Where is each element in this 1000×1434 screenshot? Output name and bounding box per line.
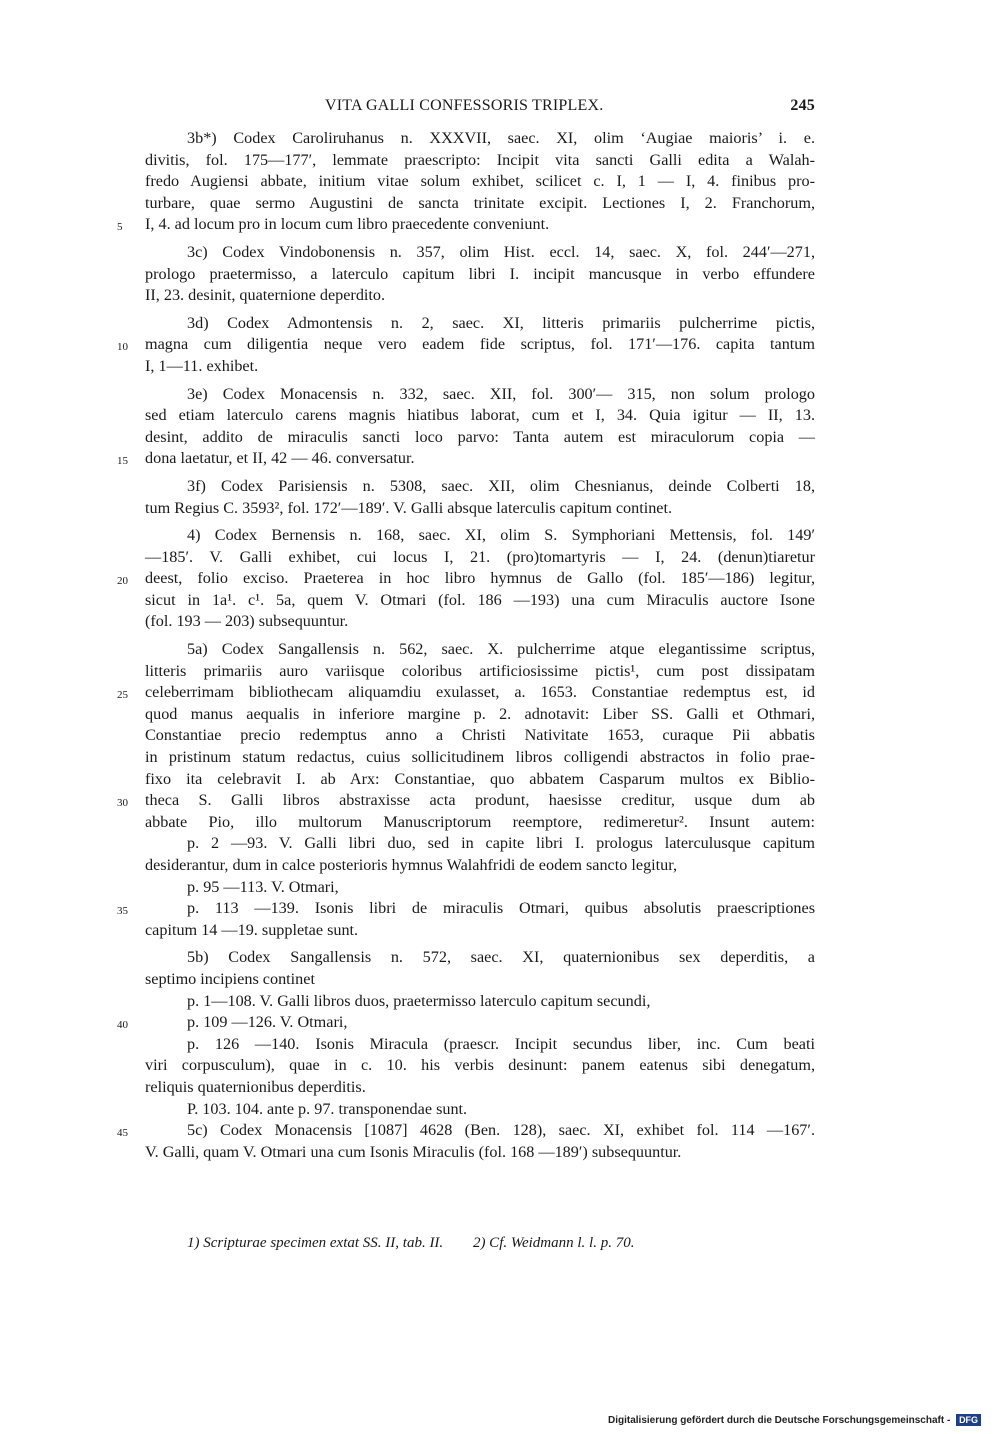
text-line: litteris primariis auro variisque colori…: [145, 661, 815, 683]
line-number: 45: [117, 1123, 128, 1145]
line-text: celeberrimam bibliothecam aliquamdiu exu…: [145, 683, 815, 701]
line-text: 3c) Codex Vindobonensis n. 357, olim His…: [187, 243, 815, 261]
line-text: p. 2 —93. V. Galli libri duo, sed in cap…: [187, 834, 815, 852]
text-line: 10magna cum diligentia neque vero eadem …: [145, 334, 815, 356]
line-number: 15: [117, 451, 128, 473]
line-text: I, 4. ad locum pro in locum cum libro pr…: [145, 215, 549, 233]
line-text: —185′. V. Galli exhibet, cui locus I, 21…: [145, 548, 815, 566]
line-text: p. 95 —113. V. Otmari,: [187, 878, 339, 896]
line-text: I, 1—11. exhibet.: [145, 357, 258, 375]
line-text: septimo incipiens continet: [145, 970, 315, 988]
line-text: quod manus aequalis in inferiore margine…: [145, 705, 815, 723]
text-line: 5a) Codex Sangallensis n. 562, saec. X. …: [145, 639, 815, 661]
text-line: 3c) Codex Vindobonensis n. 357, olim His…: [145, 242, 815, 264]
line-number: 25: [117, 685, 128, 707]
line-text: Constantiae precio redemptus anno a Chri…: [145, 726, 815, 744]
line-text: 3e) Codex Monacensis n. 332, saec. XII, …: [187, 385, 815, 403]
dfg-logo-icon: DFG: [956, 1414, 981, 1426]
line-text: p. 113 —139. Isonis libri de miraculis O…: [187, 899, 815, 917]
text-line: turbare, quae sermo Augustini de sancta …: [145, 193, 815, 215]
line-text: 5c) Codex Monacensis [1087] 4628 (Ben. 1…: [187, 1121, 815, 1139]
text-line: divitis, fol. 175—177′, lemmate praescri…: [145, 150, 815, 172]
text-line: (fol. 193 — 203) subsequuntur.: [145, 611, 815, 633]
line-text: turbare, quae sermo Augustini de sancta …: [145, 194, 815, 212]
line-text: II, 23. desinit, quaternione deperdito.: [145, 286, 385, 304]
text-line: p. 126 —140. Isonis Miracula (praescr. I…: [145, 1034, 815, 1056]
footnote-1: 1) Scripturae specimen extat SS. II, tab…: [187, 1235, 443, 1251]
text-line: 35p. 113 —139. Isonis libri de miraculis…: [145, 898, 815, 920]
text-line: sicut in 1a¹. c¹. 5a, quem V. Otmari (fo…: [145, 590, 815, 612]
text-line: 40p. 109 —126. V. Otmari,: [145, 1012, 815, 1034]
text-line: II, 23. desinit, quaternione deperdito.: [145, 285, 815, 307]
text-line: 455c) Codex Monacensis [1087] 4628 (Ben.…: [145, 1120, 815, 1142]
line-text: desiderantur, dum in calce posterioris h…: [145, 856, 677, 874]
line-text: in pristinum statum redactus, cuius soll…: [145, 748, 815, 766]
line-text: p. 126 —140. Isonis Miracula (praescr. I…: [187, 1035, 815, 1053]
text-line: p. 1—108. V. Galli libros duos, praeterm…: [145, 991, 815, 1013]
page-number: 245: [790, 97, 815, 115]
line-text: dona laetatur, et II, 42 — 46. conversat…: [145, 449, 415, 467]
line-number: 10: [117, 337, 128, 359]
line-number: 5: [117, 217, 123, 239]
text-line: sed etiam laterculo carens magnis hiatib…: [145, 405, 815, 427]
text-line: 30theca S. Galli libros abstraxisse acta…: [145, 790, 815, 812]
line-text: 4) Codex Bernensis n. 168, saec. XI, oli…: [187, 526, 815, 544]
text-line: —185′. V. Galli exhibet, cui locus I, 21…: [145, 547, 815, 569]
line-text: fredo Augiensi abbate, initium vitae sol…: [145, 172, 815, 190]
text-line: desint, addito de miraculis sancti loco …: [145, 427, 815, 449]
text-line: abbate Pio, illo multorum Manuscriptorum…: [145, 812, 815, 834]
line-number: 35: [117, 901, 128, 923]
text-line: P. 103. 104. ante p. 97. transponendae s…: [145, 1099, 815, 1121]
text-line: V. Galli, quam V. Otmari una cum Isonis …: [145, 1142, 815, 1164]
text-line: in pristinum statum redactus, cuius soll…: [145, 747, 815, 769]
text-line: p. 2 —93. V. Galli libri duo, sed in cap…: [145, 833, 815, 855]
body-text: 3b*) Codex Caroliruhanus n. XXXVII, saec…: [145, 128, 815, 1163]
text-line: 3b*) Codex Caroliruhanus n. XXXVII, saec…: [145, 128, 815, 150]
digitization-credit: Digitalisierung gefördert durch die Deut…: [608, 1414, 981, 1426]
text-line: prologo praetermisso, a laterculo capitu…: [145, 264, 815, 286]
line-text: sed etiam laterculo carens magnis hiatib…: [145, 406, 815, 424]
line-text: 3d) Codex Admontensis n. 2, saec. XI, li…: [187, 314, 815, 332]
line-text: capitum 14 —19. suppletae sunt.: [145, 921, 358, 939]
line-text: deest, folio exciso. Praeterea in hoc li…: [145, 569, 815, 587]
text-line: quod manus aequalis in inferiore margine…: [145, 704, 815, 726]
line-text: 5a) Codex Sangallensis n. 562, saec. X. …: [187, 640, 815, 658]
text-line: 3e) Codex Monacensis n. 332, saec. XII, …: [145, 384, 815, 406]
text-line: 4) Codex Bernensis n. 168, saec. XI, oli…: [145, 525, 815, 547]
line-text: theca S. Galli libros abstraxisse acta p…: [145, 791, 815, 809]
text-line: 20deest, folio exciso. Praeterea in hoc …: [145, 568, 815, 590]
line-text: sicut in 1a¹. c¹. 5a, quem V. Otmari (fo…: [145, 591, 815, 609]
line-text: 3b*) Codex Caroliruhanus n. XXXVII, saec…: [187, 129, 815, 147]
line-text: magna cum diligentia neque vero eadem fi…: [145, 335, 815, 353]
text-line: 3f) Codex Parisiensis n. 5308, saec. XII…: [145, 476, 815, 498]
text-line: tum Regius C. 3593², fol. 172′—189′. V. …: [145, 498, 815, 520]
footnotes: 1) Scripturae specimen extat SS. II, tab…: [187, 1235, 660, 1252]
text-line: 3d) Codex Admontensis n. 2, saec. XI, li…: [145, 313, 815, 335]
line-text: fixo ita celebravit I. ab Arx: Constanti…: [145, 770, 815, 788]
line-text: p. 109 —126. V. Otmari,: [187, 1013, 347, 1031]
document-page: VITA GALLI CONFESSORIS TRIPLEX. 245 3b*)…: [0, 0, 1000, 1434]
line-text: (fol. 193 — 203) subsequuntur.: [145, 612, 348, 630]
line-text: 5b) Codex Sangallensis n. 572, saec. XI,…: [187, 948, 815, 966]
text-line: reliquis quaternionibus deperditis.: [145, 1077, 815, 1099]
line-text: viri corpusculum), quae in c. 10. his ve…: [145, 1056, 815, 1074]
text-line: septimo incipiens continet: [145, 969, 815, 991]
text-line: I, 1—11. exhibet.: [145, 356, 815, 378]
credit-text: Digitalisierung gefördert durch die Deut…: [608, 1415, 950, 1426]
line-text: P. 103. 104. ante p. 97. transponendae s…: [187, 1100, 467, 1118]
line-text: p. 1—108. V. Galli libros duos, praeterm…: [187, 992, 650, 1010]
line-text: abbate Pio, illo multorum Manuscriptorum…: [145, 813, 815, 831]
running-title: VITA GALLI CONFESSORIS TRIPLEX.: [325, 97, 603, 115]
text-line: viri corpusculum), quae in c. 10. his ve…: [145, 1055, 815, 1077]
line-number: 20: [117, 571, 128, 593]
footnote-2: 2) Cf. Weidmann l. l. p. 70.: [473, 1235, 635, 1251]
text-line: capitum 14 —19. suppletae sunt.: [145, 920, 815, 942]
text-line: 5I, 4. ad locum pro in locum cum libro p…: [145, 214, 815, 236]
line-text: prologo praetermisso, a laterculo capitu…: [145, 265, 815, 283]
text-line: p. 95 —113. V. Otmari,: [145, 877, 815, 899]
text-line: 25celeberrimam bibliothecam aliquamdiu e…: [145, 682, 815, 704]
line-text: V. Galli, quam V. Otmari una cum Isonis …: [145, 1143, 681, 1161]
line-text: desint, addito de miraculis sancti loco …: [145, 428, 815, 446]
line-text: 3f) Codex Parisiensis n. 5308, saec. XII…: [187, 477, 815, 495]
line-text: divitis, fol. 175—177′, lemmate praescri…: [145, 151, 815, 169]
text-line: desiderantur, dum in calce posterioris h…: [145, 855, 815, 877]
line-text: reliquis quaternionibus deperditis.: [145, 1078, 366, 1096]
text-line: 15dona laetatur, et II, 42 — 46. convers…: [145, 448, 815, 470]
line-number: 30: [117, 793, 128, 815]
line-number: 40: [117, 1015, 128, 1037]
text-line: fredo Augiensi abbate, initium vitae sol…: [145, 171, 815, 193]
line-text: litteris primariis auro variisque colori…: [145, 662, 815, 680]
text-line: Constantiae precio redemptus anno a Chri…: [145, 725, 815, 747]
line-text: tum Regius C. 3593², fol. 172′—189′. V. …: [145, 499, 672, 517]
text-line: fixo ita celebravit I. ab Arx: Constanti…: [145, 769, 815, 791]
text-line: 5b) Codex Sangallensis n. 572, saec. XI,…: [145, 947, 815, 969]
